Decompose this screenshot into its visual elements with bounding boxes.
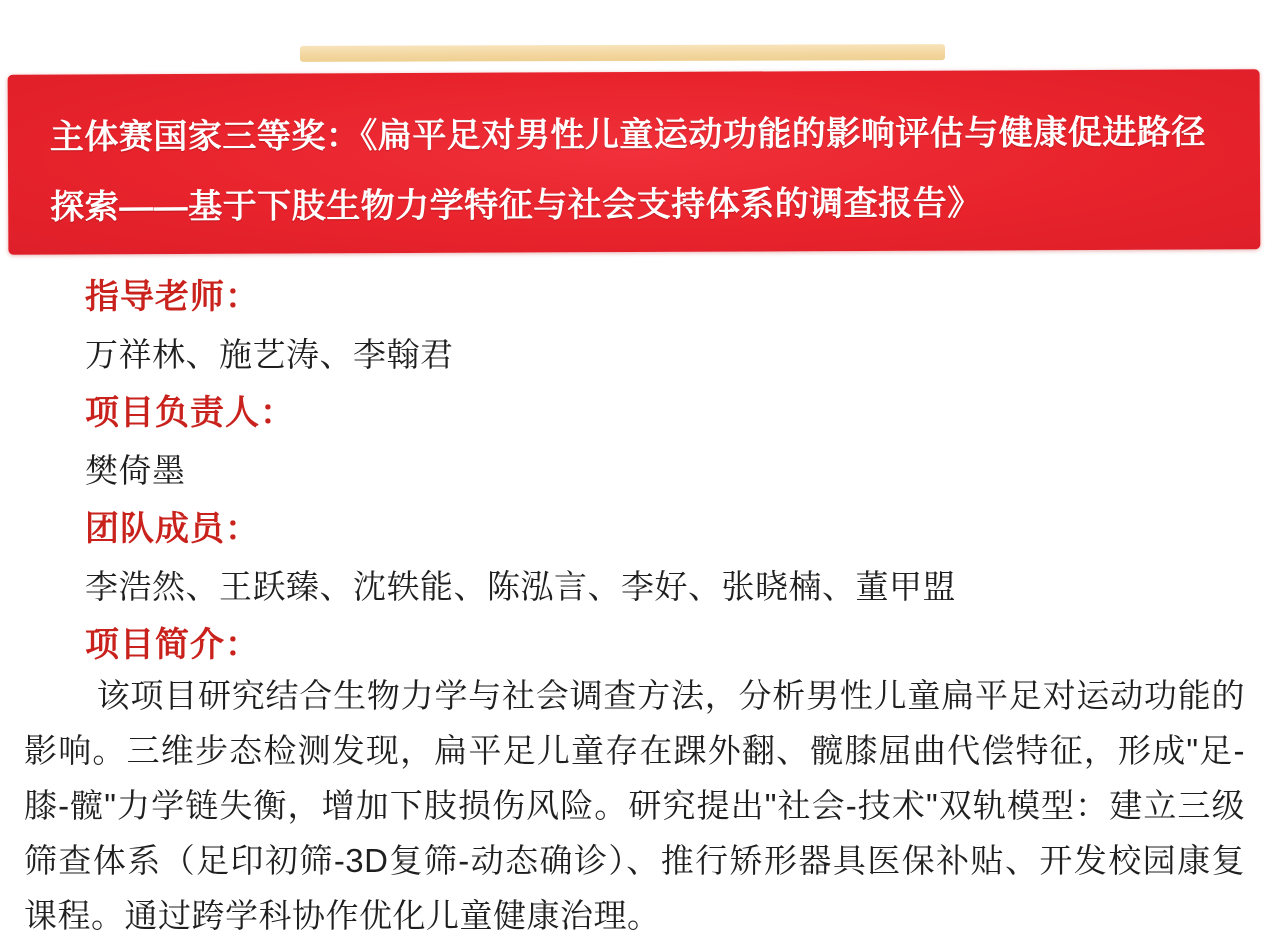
members-names: 李浩然、王跃臻、沈轶能、陈泓言、李好、张晓楠、董甲盟 xyxy=(85,558,1245,616)
intro-heading: 项目简介： xyxy=(85,616,1245,674)
project-roster: 指导老师： 万祥林、施艺涛、李翰君 项目负责人： 樊倚墨 团队成员： 李浩然、王… xyxy=(85,268,1245,674)
award-banner: 主体赛国家三等奖：《扁平足对男性儿童运动功能的影响评估与健康促进路径 探索——基… xyxy=(8,69,1261,254)
advisors-heading: 指导老师： xyxy=(85,268,1245,326)
project-intro-paragraph: 该项目研究结合生物力学与社会调查方法，分析男性儿童扁平足对运动功能的影响。三维步… xyxy=(24,668,1245,943)
leader-name: 樊倚墨 xyxy=(85,442,1245,500)
advisors-names: 万祥林、施艺涛、李翰君 xyxy=(85,326,1245,384)
banner-title-line-2: 探索——基于下肢生物力学特征与社会支持体系的调查报告》 xyxy=(50,167,1218,242)
leader-heading: 项目负责人： xyxy=(85,384,1245,442)
members-heading: 团队成员： xyxy=(85,500,1245,558)
article-page: 主体赛国家三等奖：《扁平足对男性儿童运动功能的影响评估与健康促进路径 探索——基… xyxy=(0,0,1269,946)
banner-title-line-1: 主体赛国家三等奖：《扁平足对男性儿童运动功能的影响评估与健康促进路径 xyxy=(50,97,1218,172)
accent-highlight-bar xyxy=(300,44,945,62)
